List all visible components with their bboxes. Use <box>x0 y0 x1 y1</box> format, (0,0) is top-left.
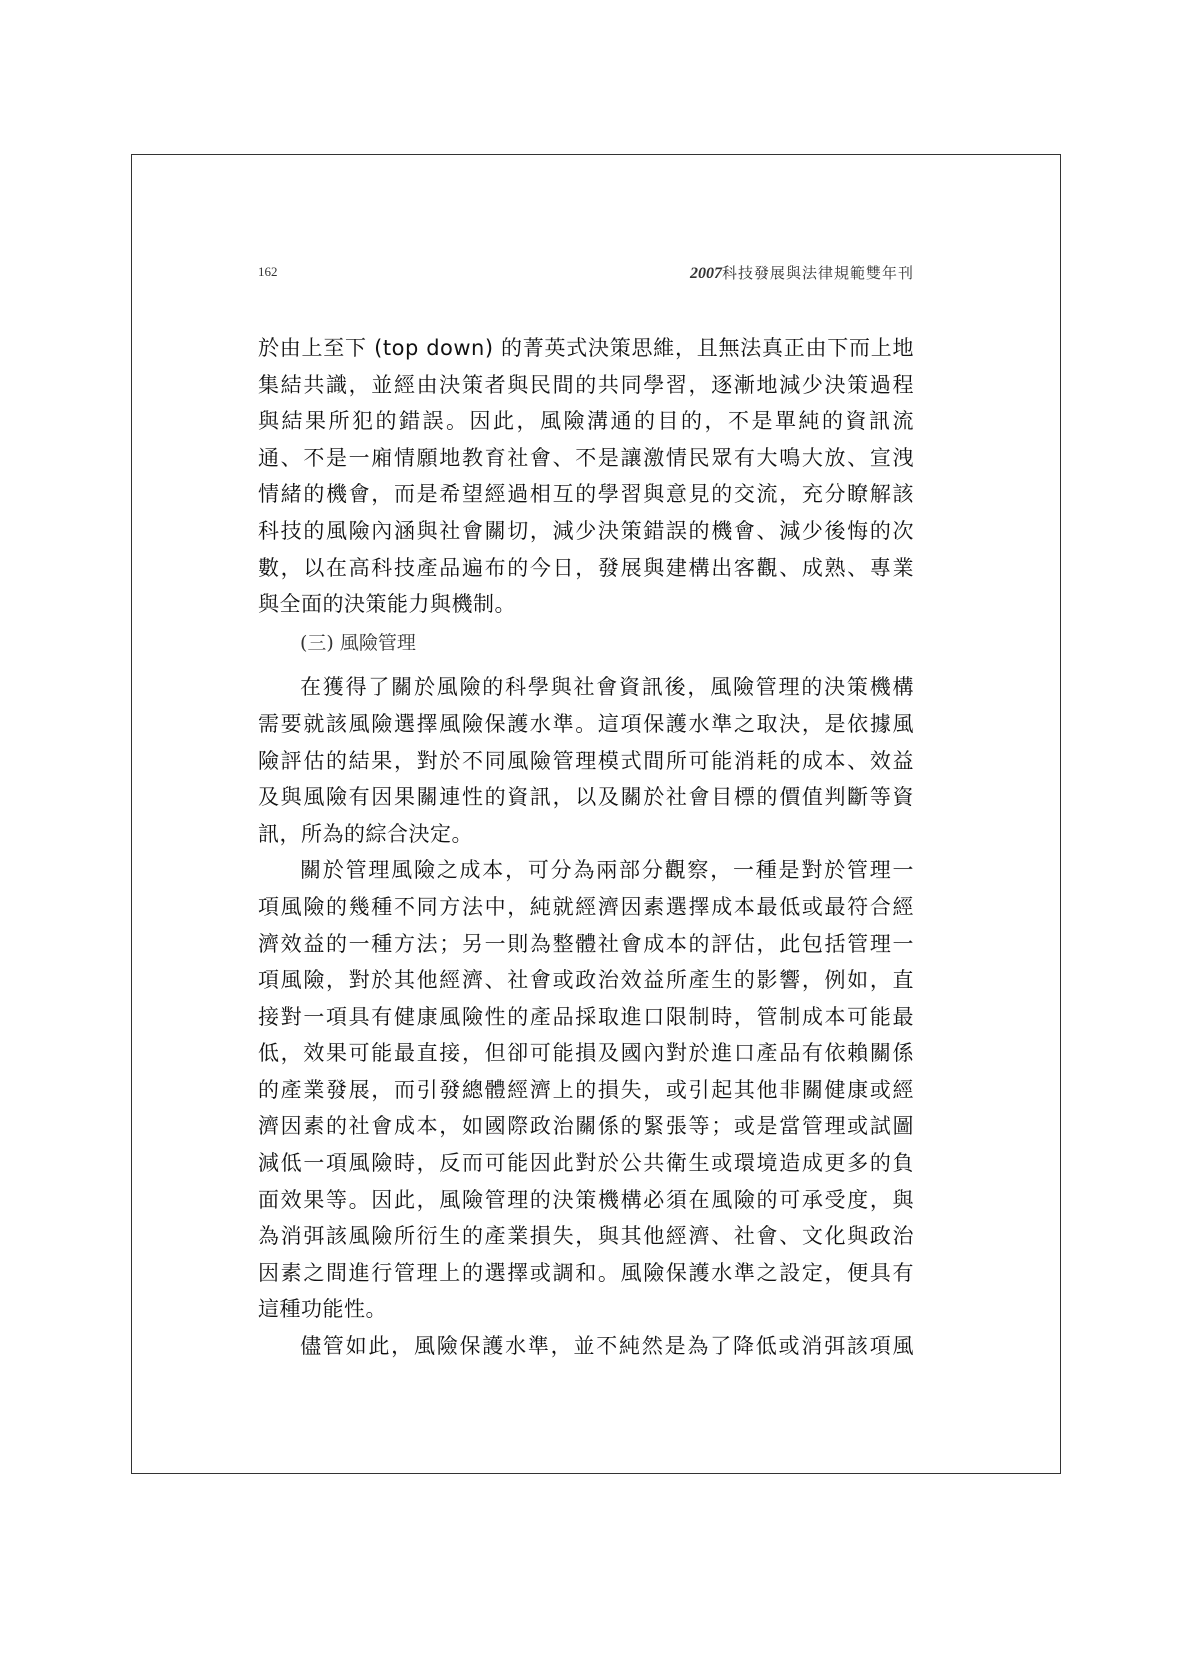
page-number: 162 <box>258 264 278 280</box>
text-line: 數，以在高科技產品遍布的今日，發展與建構出客觀、成熟、專業 <box>258 550 914 587</box>
journal-year: 2007 <box>690 265 722 282</box>
text-line: 集結共識，並經由決策者與民間的共同學習，逐漸地減少決策過程 <box>258 367 914 404</box>
text-line: 項風險的幾種不同方法中，純就經濟因素選擇成本最低或最符合經 <box>258 889 914 926</box>
paragraph-2: 在獲得了關於風險的科學與社會資訊後，風險管理的決策機構 需要就該風險選擇風險保護… <box>258 669 914 852</box>
journal-title: 2007科技發展與法律規範雙年刊 <box>690 262 914 283</box>
text-line: 減低一項風險時，反而可能因此對於公共衛生或環境造成更多的負 <box>258 1145 914 1182</box>
body-text: 於由上至下 (top down) 的菁英式決策思維，且無法真正由下而上地 集結共… <box>258 330 914 1365</box>
text-line: 濟效益的一種方法；另一則為整體社會成本的評估，此包括管理一 <box>258 926 914 963</box>
text-line: 訊，所為的綜合決定。 <box>258 816 914 853</box>
text-line: 在獲得了關於風險的科學與社會資訊後，風險管理的決策機構 <box>258 669 914 706</box>
text-line: 濟因素的社會成本，如國際政治關係的緊張等；或是當管理或試圖 <box>258 1108 914 1145</box>
text-line: 情緒的機會，而是希望經過相互的學習與意見的交流，充分瞭解該 <box>258 476 914 513</box>
text-line: 與全面的決策能力與機制。 <box>258 586 914 623</box>
journal-name: 科技發展與法律規範雙年刊 <box>722 264 914 282</box>
text-line: 與結果所犯的錯誤。因此，風險溝通的目的，不是單純的資訊流 <box>258 403 914 440</box>
text-line: 低，效果可能最直接，但卻可能損及國內對於進口產品有依賴關係 <box>258 1035 914 1072</box>
text-line: 接對一項具有健康風險性的產品採取進口限制時，管制成本可能最 <box>258 999 914 1036</box>
text-line: 的產業發展，而引發總體經濟上的損失，或引起其他非關健康或經 <box>258 1072 914 1109</box>
running-header: 162 2007科技發展與法律規範雙年刊 <box>258 262 914 286</box>
text-line: 及與風險有因果關連性的資訊，以及關於社會目標的價值判斷等資 <box>258 779 914 816</box>
text-line: 因素之間進行管理上的選擇或調和。風險保護水準之設定，便具有 <box>258 1255 914 1292</box>
text-line: 於由上至下 (top down) 的菁英式決策思維，且無法真正由下而上地 <box>258 330 914 367</box>
text-line: 面效果等。因此，風險管理的決策機構必須在風險的可承受度，與 <box>258 1182 914 1219</box>
section-heading: (三) 風險管理 <box>258 625 914 662</box>
text-line: 科技的風險內涵與社會關切，減少決策錯誤的機會、減少後悔的次 <box>258 513 914 550</box>
text-line: 這種功能性。 <box>258 1291 914 1328</box>
paragraph-4: 儘管如此，風險保護水準，並不純然是為了降低或消弭該項風 <box>258 1328 914 1365</box>
text-line: 為消弭該風險所衍生的產業損失，與其他經濟、社會、文化與政治 <box>258 1218 914 1255</box>
text-line: 儘管如此，風險保護水準，並不純然是為了降低或消弭該項風 <box>258 1328 914 1365</box>
text-line: 關於管理風險之成本，可分為兩部分觀察，一種是對於管理一 <box>258 852 914 889</box>
text-line: 需要就該風險選擇風險保護水準。這項保護水準之取決，是依據風 <box>258 706 914 743</box>
paragraph-3: 關於管理風險之成本，可分為兩部分觀察，一種是對於管理一 項風險的幾種不同方法中，… <box>258 852 914 1328</box>
text-line: 險評估的結果，對於不同風險管理模式間所可能消耗的成本、效益 <box>258 743 914 780</box>
text-line: 通、不是一廂情願地教育社會、不是讓激情民眾有大鳴大放、宣洩 <box>258 440 914 477</box>
text-line: 項風險，對於其他經濟、社會或政治效益所產生的影響，例如，直 <box>258 962 914 999</box>
paragraph-1: 於由上至下 (top down) 的菁英式決策思維，且無法真正由下而上地 集結共… <box>258 330 914 623</box>
